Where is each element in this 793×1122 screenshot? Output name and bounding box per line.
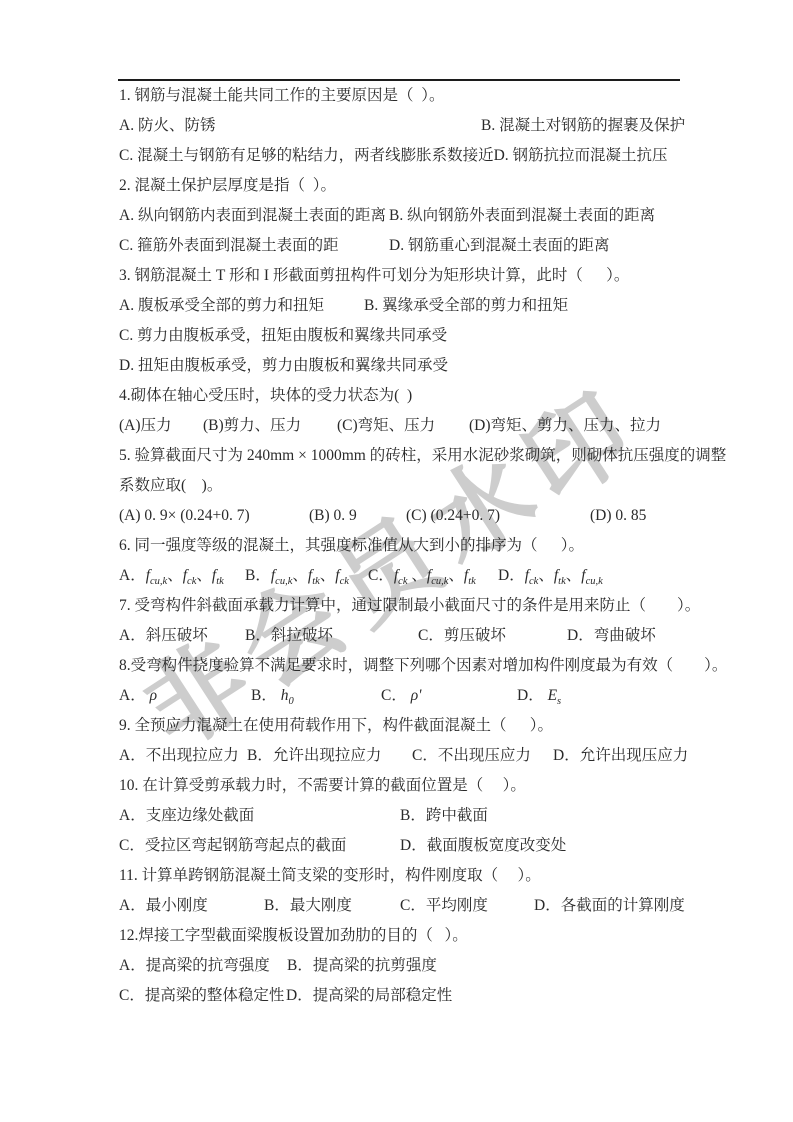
question-stem: 12.焊接工字型截面梁腹板设置加劲肋的目的（ ）。 xyxy=(119,921,468,951)
question-6-options: A．fcu,k、fck、ftkB．fcu,k、ftk、fckC．fck 、fcu… xyxy=(119,561,681,591)
question-9-stem: 9. 全预应力混凝土在使用荷载作用下，构件截面混凝土（ ）。 xyxy=(119,711,681,741)
option-b: B．提高梁的抗剪强度 xyxy=(287,951,437,981)
option-b: B. 混凝土对钢筋的握裹及保护 xyxy=(481,111,685,141)
option-a: A．提高梁的抗弯强度 xyxy=(119,951,287,981)
question-12-stem: 12.焊接工字型截面梁腹板设置加劲肋的目的（ ）。 xyxy=(119,921,681,951)
question-stem: 3. 钢筋混凝土 T 形和 I 形截面剪扭构件可划分为矩形块计算，此时（ ）。 xyxy=(119,261,629,291)
option-b: (B) 0. 9 xyxy=(309,501,406,531)
question-10-stem: 10. 在计算受剪承载力时，不需要计算的截面位置是（ ）。 xyxy=(119,771,681,801)
question-3-option-d: D. 扭矩由腹板承受，剪力由腹板和翼缘共同承受 xyxy=(119,351,681,381)
question-7-options: A．斜压破坏B．斜拉破坏C．剪压破坏D．弯曲破坏 xyxy=(119,621,681,651)
option-d: D．fck、ftk、fcu,k xyxy=(498,561,603,591)
option-d: D．弯曲破坏 xyxy=(567,621,656,651)
option-d: (D) 0. 85 xyxy=(590,501,646,531)
option-a: A. 纵向钢筋内表面到混凝土表面的距离 xyxy=(119,201,389,231)
question-3-options-row-1: A. 腹板承受全部的剪力和扭矩B. 翼缘承受全部的剪力和扭矩 xyxy=(119,291,681,321)
question-11-stem: 11. 计算单跨钢筋混凝土简支梁的变形时，构件刚度取（ ）。 xyxy=(119,861,681,891)
exam-page: 非会员水印 1. 钢筋与混凝土能共同工作的主要原因是（ ）。A. 防火、防锈B.… xyxy=(0,0,793,1122)
option-d: D. 钢筋重心到混凝土表面的距离 xyxy=(389,231,609,261)
option-a: A．支座边缘处截面 xyxy=(119,801,400,831)
option-d: D. 扭矩由腹板承受，剪力由腹板和翼缘共同承受 xyxy=(119,351,448,381)
option-a: A．fcu,k、fck、ftk xyxy=(119,561,245,591)
option-a: A．斜压破坏 xyxy=(119,621,245,651)
question-4-options: (A)压力(B)剪力、压力(C)弯矩、压力(D)弯矩、剪力、压力、拉力 xyxy=(119,411,681,441)
question-6-stem: 6. 同一强度等级的混凝土，其强度标准值从大到小的排序为（ ）。 xyxy=(119,531,681,561)
option-d: D． Es xyxy=(517,681,561,711)
question-stem: 4.砌体在轴心受压时，块体的受力状态为( ) xyxy=(119,381,412,411)
question-12-options-row-1: A．提高梁的抗弯强度B．提高梁的抗剪强度 xyxy=(119,951,681,981)
question-5-stem-line-1: 5. 验算截面尺寸为 240mm × 1000mm 的砖柱，采用水泥砂浆砌筑，则… xyxy=(119,441,681,471)
option-d: D．提高梁的局部稳定性 xyxy=(286,981,452,1011)
option-c: (C) (0.24+0. 7) xyxy=(406,501,590,531)
question-1-stem: 1. 钢筋与混凝土能共同工作的主要原因是（ ）。 xyxy=(119,81,681,111)
question-11-options: A．最小刚度B．最大刚度C．平均刚度D．各截面的计算刚度 xyxy=(119,891,681,921)
question-10-options-row-2: C．受拉区弯起钢筋弯起点的截面D．截面腹板宽度改变处 xyxy=(119,831,681,861)
question-8-options: A． ρB． h0C． ρ'D． Es xyxy=(119,681,681,711)
option-d: D．各截面的计算刚度 xyxy=(534,891,685,921)
option-c: C．提高梁的整体稳定性 xyxy=(119,981,286,1011)
question-stem: 10. 在计算受剪承载力时，不需要计算的截面位置是（ ）。 xyxy=(119,771,526,801)
question-2-options-row-1: A. 纵向钢筋内表面到混凝土表面的距离B. 纵向钢筋外表面到混凝土表面的距离 xyxy=(119,201,681,231)
option-b: (B)剪力、压力 xyxy=(203,411,337,441)
question-4-stem: 4.砌体在轴心受压时，块体的受力状态为( ) xyxy=(119,381,681,411)
option-b: B．允许出现拉应力 xyxy=(247,741,412,771)
option-d: (D)弯矩、剪力、压力、拉力 xyxy=(469,411,661,441)
option-d: D．截面腹板宽度改变处 xyxy=(400,831,566,861)
option-c: C．fck 、fcu,k、ftk xyxy=(368,561,498,591)
question-stem: 5. 验算截面尺寸为 240mm × 1000mm 的砖柱，采用水泥砂浆砌筑，则… xyxy=(119,441,726,471)
question-stem: 9. 全预应力混凝土在使用荷载作用下，构件截面混凝土（ ）。 xyxy=(119,711,553,741)
question-9-options: A．不出现拉应力B．允许出现拉应力C．不出现压应力D．允许出现压应力 xyxy=(119,741,681,771)
option-c: C．不出现压应力 xyxy=(412,741,553,771)
question-2-options-row-2: C. 箍筋外表面到混凝土表面的距D. 钢筋重心到混凝土表面的距离 xyxy=(119,231,681,261)
option-a: A. 腹板承受全部的剪力和扭矩 xyxy=(119,291,364,321)
question-stem: 1. 钢筋与混凝土能共同工作的主要原因是（ ）。 xyxy=(119,81,445,111)
option-c: C. 剪力由腹板承受，扭矩由腹板和翼缘共同承受 xyxy=(119,321,447,351)
question-stem: 7. 受弯构件斜截面承载力计算中，通过限制最小截面尺寸的条件是用来防止（ ）。 xyxy=(119,591,700,621)
option-c: C． ρ' xyxy=(381,681,517,711)
option-a: A． ρ xyxy=(119,681,251,711)
option-c: (C)弯矩、压力 xyxy=(337,411,469,441)
option-c: C．平均刚度 xyxy=(400,891,534,921)
document-body: 1. 钢筋与混凝土能共同工作的主要原因是（ ）。A. 防火、防锈B. 混凝土对钢… xyxy=(119,81,681,1011)
option-c: C．剪压破坏 xyxy=(418,621,567,651)
option-a: A. 防火、防锈 xyxy=(119,111,481,141)
question-10-options-row-1: A．支座边缘处截面B．跨中截面 xyxy=(119,801,681,831)
option-b: B. 纵向钢筋外表面到混凝土表面的距离 xyxy=(389,201,655,231)
option-b: B．最大刚度 xyxy=(264,891,400,921)
option-c: C．受拉区弯起钢筋弯起点的截面 xyxy=(119,831,400,861)
question-2-stem: 2. 混凝土保护层厚度是指（ ）。 xyxy=(119,171,681,201)
option-b: B．fcu,k、ftk、fck xyxy=(245,561,368,591)
question-1-options-row-2: C. 混凝土与钢筋有足够的粘结力，两者线膨胀系数接近D. 钢筋抗拉而混凝土抗压 xyxy=(119,141,681,171)
option-a: (A) 0. 9× (0.24+0. 7) xyxy=(119,501,309,531)
question-7-stem: 7. 受弯构件斜截面承载力计算中，通过限制最小截面尺寸的条件是用来防止（ ）。 xyxy=(119,591,681,621)
option-b: B．跨中截面 xyxy=(400,801,488,831)
option-a: A．最小刚度 xyxy=(119,891,264,921)
question-stem: 2. 混凝土保护层厚度是指（ ）。 xyxy=(119,171,336,201)
question-stem: 6. 同一强度等级的混凝土，其强度标准值从大到小的排序为（ ）。 xyxy=(119,531,584,561)
option-c: C. 箍筋外表面到混凝土表面的距 xyxy=(119,231,389,261)
question-12-options-row-2: C．提高梁的整体稳定性D．提高梁的局部稳定性 xyxy=(119,981,681,1011)
question-3-option-c: C. 剪力由腹板承受，扭矩由腹板和翼缘共同承受 xyxy=(119,321,681,351)
option-d: D. 钢筋抗拉而混凝土抗压 xyxy=(494,141,668,171)
question-5-stem-line-2: 系数应取( )。 xyxy=(119,471,681,501)
question-stem: 11. 计算单跨钢筋混凝土简支梁的变形时，构件刚度取（ ）。 xyxy=(119,861,541,891)
option-b: B． h0 xyxy=(251,681,381,711)
question-1-options-row-1: A. 防火、防锈B. 混凝土对钢筋的握裹及保护 xyxy=(119,111,681,141)
question-5-options: (A) 0. 9× (0.24+0. 7)(B) 0. 9(C) (0.24+0… xyxy=(119,501,681,531)
question-stem: 8.受弯构件挠度验算不满足要求时，调整下列哪个因素对增加构件刚度最为有效（ ）。 xyxy=(119,651,727,681)
option-d: D．允许出现压应力 xyxy=(553,741,688,771)
option-b: B. 翼缘承受全部的剪力和扭矩 xyxy=(364,291,568,321)
option-b: B．斜拉破坏 xyxy=(245,621,418,651)
question-stem: 系数应取( )。 xyxy=(119,471,222,501)
option-c: C. 混凝土与钢筋有足够的粘结力，两者线膨胀系数接近 xyxy=(119,141,494,171)
question-3-stem: 3. 钢筋混凝土 T 形和 I 形截面剪扭构件可划分为矩形块计算，此时（ ）。 xyxy=(119,261,681,291)
option-a: (A)压力 xyxy=(119,411,203,441)
option-a: A．不出现拉应力 xyxy=(119,741,247,771)
question-8-stem: 8.受弯构件挠度验算不满足要求时，调整下列哪个因素对增加构件刚度最为有效（ ）。 xyxy=(119,651,681,681)
